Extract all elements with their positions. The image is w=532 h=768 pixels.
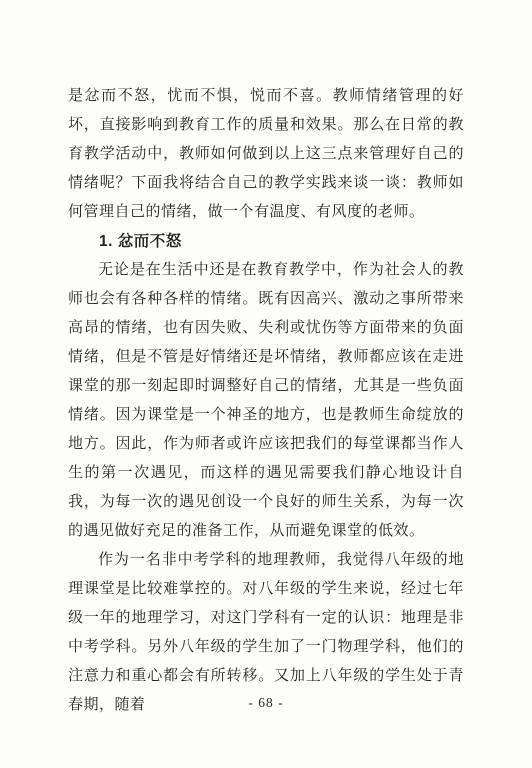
paragraph-body-1: 无论是在生活中还是在教育教学中，作为社会人的教师也会有各种各样的情绪。既有因高兴…	[68, 256, 464, 546]
text-block: 是忿而不怒，忧而不惧，悦而不喜。教师情绪管理的好坏，直接影响到教育工作的质量和效…	[68, 82, 464, 720]
document-page: 是忿而不怒，忧而不惧，悦而不喜。教师情绪管理的好坏，直接影响到教育工作的质量和效…	[0, 0, 532, 768]
page-number: - 68 -	[0, 693, 532, 713]
paragraph-continuation: 是忿而不怒，忧而不惧，悦而不喜。教师情绪管理的好坏，直接影响到教育工作的质量和效…	[68, 82, 464, 227]
section-heading: 1. 忿而不怒	[68, 227, 464, 256]
